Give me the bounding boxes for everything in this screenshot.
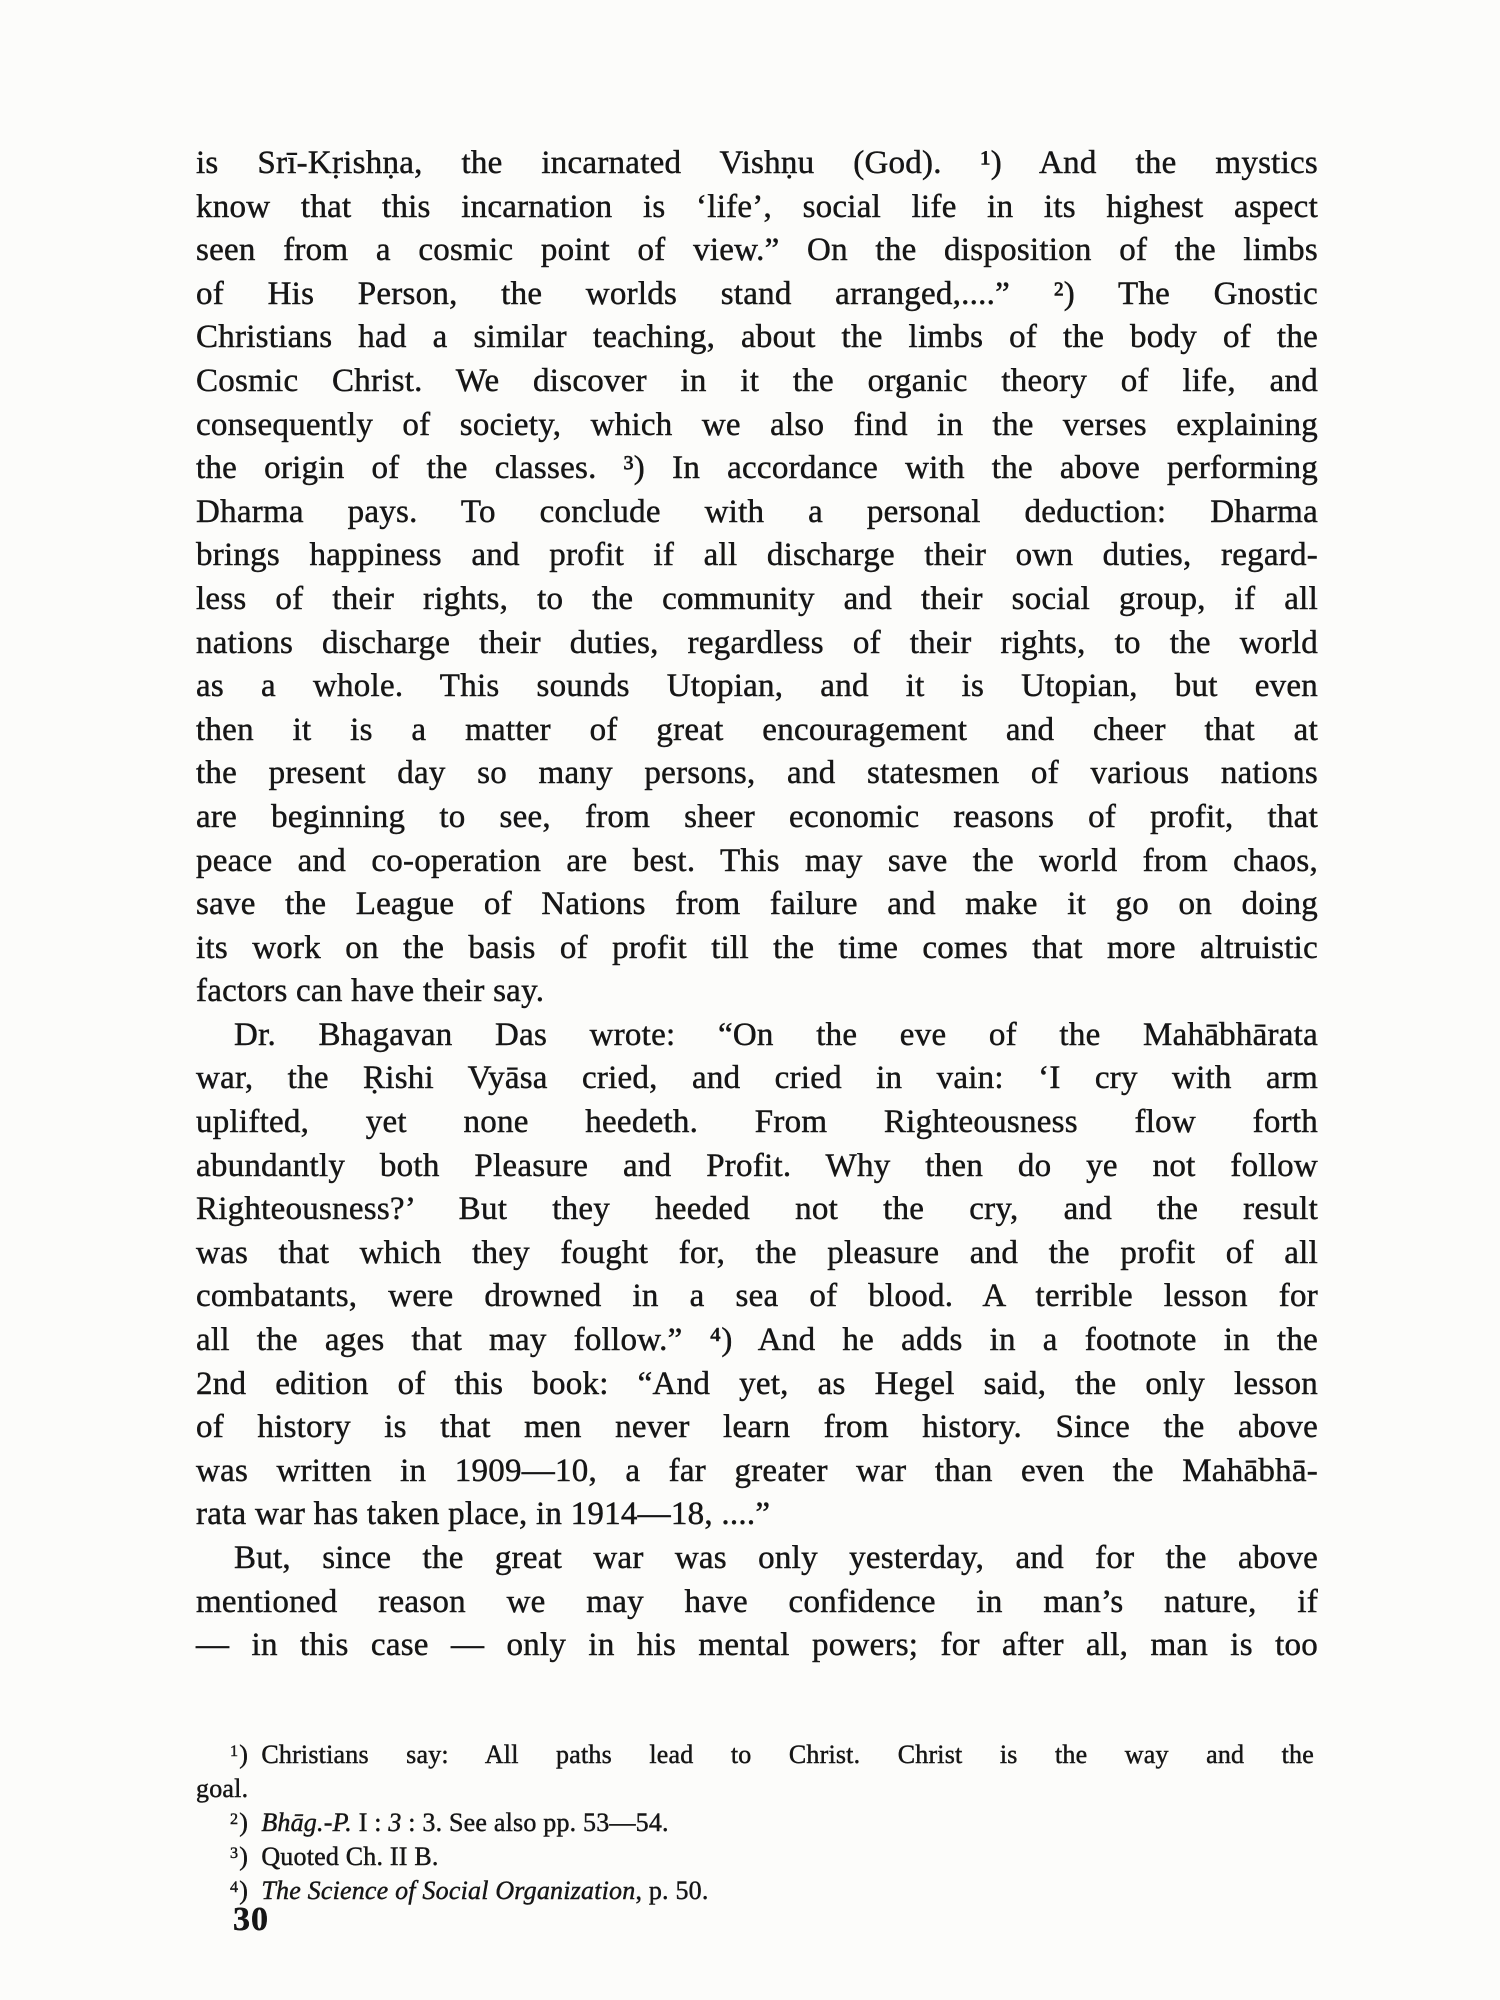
footnote-text: 3 <box>388 1808 401 1837</box>
text-line: seen from a cosmic point of view.” On th… <box>196 229 1318 273</box>
footnote-text: Quoted Ch. II B. <box>261 1842 438 1871</box>
text-line: the origin of the classes. ³) In accorda… <box>196 447 1318 491</box>
page-number: 30 <box>233 1901 269 1939</box>
footnote: 3) Quoted Ch. II B. <box>196 1840 1314 1874</box>
text-line: less of their rights, to the community a… <box>196 578 1318 622</box>
footnote-marker: 3 <box>230 1845 238 1862</box>
text-line: is Srī-Kṛishṇa, the incarnated Vishṇu (G… <box>196 142 1318 186</box>
footnote-text: , p. 50. <box>635 1876 708 1905</box>
footnote-text: I : <box>352 1808 388 1837</box>
text-line: was that which they fought for, the plea… <box>196 1232 1318 1276</box>
paragraph: is Srī-Kṛishṇa, the incarnated Vishṇu (G… <box>196 142 1318 1014</box>
text-line: its work on the basis of profit till the… <box>196 927 1318 971</box>
footnote-marker: 4 <box>230 1879 238 1896</box>
text-line: of His Person, the worlds stand arranged… <box>196 273 1318 317</box>
text-line: mentioned reason we may have confidence … <box>196 1581 1318 1625</box>
text-line: 2nd edition of this book: “And yet, as H… <box>196 1363 1318 1407</box>
paragraph: Dr. Bhagavan Das wrote: “On the eve of t… <box>196 1014 1318 1537</box>
text-line: as a whole. This sounds Utopian, and it … <box>196 665 1318 709</box>
text-line: combatants, were drowned in a sea of blo… <box>196 1275 1318 1319</box>
text-line: the present day so many persons, and sta… <box>196 752 1318 796</box>
text-line: But, since the great war was only yester… <box>196 1537 1318 1581</box>
text-line: — in this case — only in his mental powe… <box>196 1624 1318 1668</box>
footnote: 4) The Science of Social Organization, p… <box>196 1874 1314 1908</box>
text-line: nations discharge their duties, regardle… <box>196 622 1318 666</box>
footnote-line: goal. <box>196 1772 1314 1806</box>
footnote: 1) Christians say: All paths lead to Chr… <box>196 1738 1314 1806</box>
paragraph: But, since the great war was only yester… <box>196 1537 1318 1668</box>
footnotes: 1) Christians say: All paths lead to Chr… <box>196 1738 1314 1908</box>
text-line: Cosmic Christ. We discover in it the org… <box>196 360 1318 404</box>
text-line: abundantly both Pleasure and Profit. Why… <box>196 1145 1318 1189</box>
text-line: are beginning to see, from sheer economi… <box>196 796 1318 840</box>
footnote-text: : 3. See also pp. 53—54. <box>402 1808 669 1837</box>
text-line: rata war has taken place, in 1914—18, ..… <box>196 1493 1318 1537</box>
footnote-line: 3) Quoted Ch. II B. <box>196 1840 1314 1874</box>
text-line: war, the Ṛishi Vyāsa cried, and cried in… <box>196 1057 1318 1101</box>
footnote-text: Christians say: All paths lead to Christ… <box>261 1740 1314 1769</box>
text-line: Righteousness?’ But they heeded not the … <box>196 1188 1318 1232</box>
footnote-marker: 1 <box>230 1743 238 1760</box>
footnote-marker: 2 <box>230 1811 238 1828</box>
footnote-line: 1) Christians say: All paths lead to Chr… <box>196 1738 1314 1772</box>
text-line: consequently of society, which we also f… <box>196 404 1318 448</box>
footnote: 2) Bhāg.-P. I : 3 : 3. See also pp. 53—5… <box>196 1806 1314 1840</box>
footnote-text: goal. <box>196 1774 248 1803</box>
text-line: Christians had a similar teaching, about… <box>196 316 1318 360</box>
text-line: uplifted, yet none heedeth. From Righteo… <box>196 1101 1318 1145</box>
text-line: Dharma pays. To conclude with a personal… <box>196 491 1318 535</box>
text-line: was written in 1909—10, a far greater wa… <box>196 1450 1318 1494</box>
text-line: brings happiness and profit if all disch… <box>196 534 1318 578</box>
text-line: save the League of Nations from failure … <box>196 883 1318 927</box>
text-line: then it is a matter of great encourageme… <box>196 709 1318 753</box>
text-line: know that this incarnation is ‘life’, so… <box>196 186 1318 230</box>
footnote-text: The Science of Social Organization <box>261 1876 635 1905</box>
text-line: peace and co-operation are best. This ma… <box>196 840 1318 884</box>
text-line: factors can have their say. <box>196 970 1318 1014</box>
text-block: is Srī-Kṛishṇa, the incarnated Vishṇu (G… <box>196 142 1318 1668</box>
book-page-scan: is Srī-Kṛishṇa, the incarnated Vishṇu (G… <box>0 0 1500 2000</box>
footnote-line: 2) Bhāg.-P. I : 3 : 3. See also pp. 53—5… <box>196 1806 1314 1840</box>
text-line: of history is that men never learn from … <box>196 1406 1318 1450</box>
text-line: Dr. Bhagavan Das wrote: “On the eve of t… <box>196 1014 1318 1058</box>
footnote-line: 4) The Science of Social Organization, p… <box>196 1874 1314 1908</box>
footnote-text: Bhāg.-P. <box>261 1808 352 1837</box>
text-line: all the ages that may follow.” ⁴) And he… <box>196 1319 1318 1363</box>
